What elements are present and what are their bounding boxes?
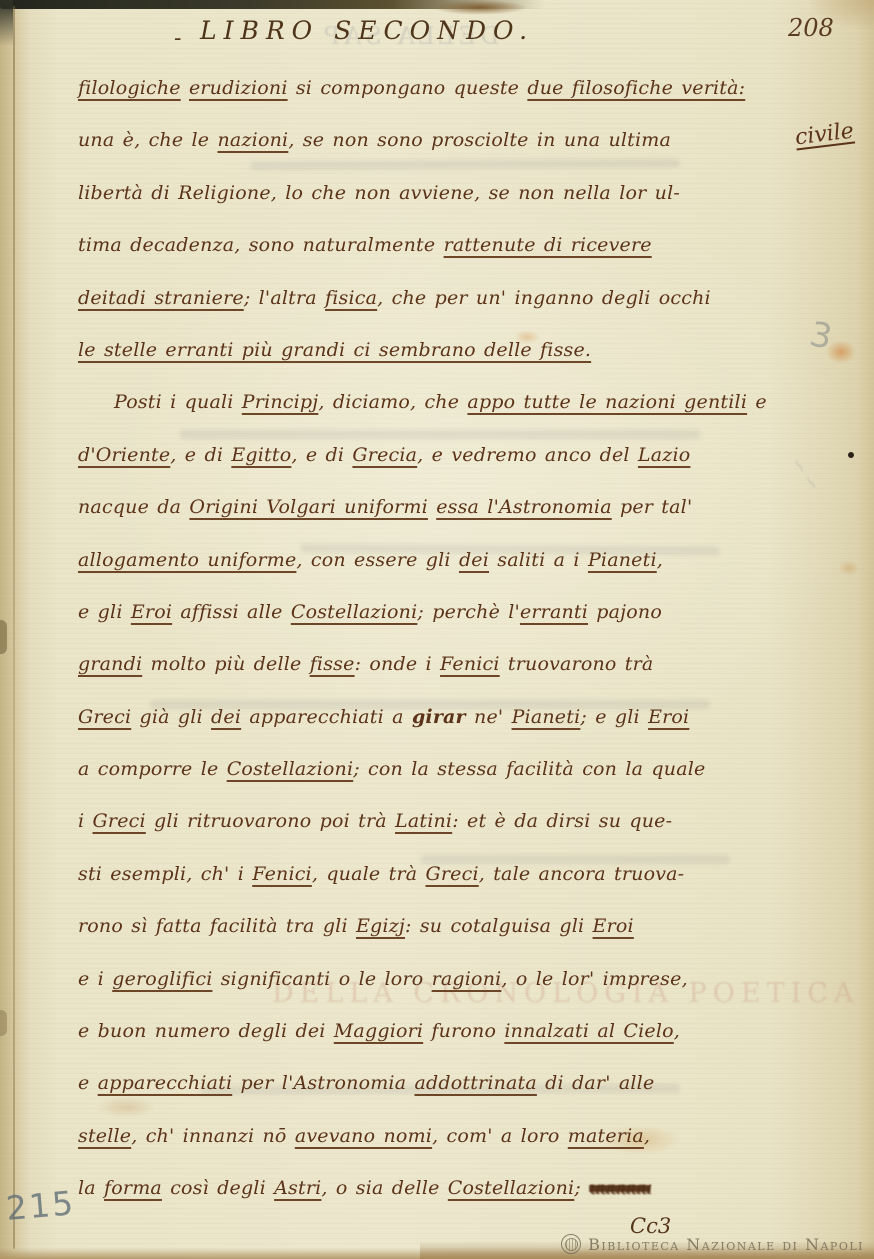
text-segment: Eroi <box>593 915 634 937</box>
text-segment: , se non sono prosciolte in una ultima <box>288 129 671 151</box>
text-segment: innalzati al Cielo <box>504 1020 673 1042</box>
text-segment: affissi alle <box>172 601 291 623</box>
manuscript-line: una è, che le nazioni, se non sono prosc… <box>78 114 778 166</box>
text-segment: per tal' <box>612 496 693 518</box>
text-segment: , e di <box>170 444 231 466</box>
text-segment: così degli <box>162 1177 274 1199</box>
manuscript-line: e i geroglifici significanti o le loro r… <box>78 953 778 1005</box>
text-segment: d'Oriente <box>78 444 170 466</box>
text-segment: Greci <box>78 706 131 728</box>
manuscript-line: allogamento uniforme, con essere gli dei… <box>78 534 778 586</box>
text-segment: appo tutte le nazioni gentili <box>467 391 747 413</box>
text-segment: essa l'Astronomia <box>436 496 612 518</box>
manuscript-line: la forma così degli Astri, o sia delle C… <box>78 1162 778 1214</box>
text-segment: sti esempli, ch' i <box>78 863 252 885</box>
text-segment: truovarono trà <box>500 653 654 675</box>
text-segment: Latini <box>395 810 452 832</box>
text-segment: materia <box>568 1125 644 1147</box>
text-segment: geroglifici <box>112 968 212 990</box>
text-segment: Fenici <box>252 863 312 885</box>
text-segment: ne' <box>466 706 512 728</box>
manuscript-line: filologiche erudizioni si compongano que… <box>78 62 778 114</box>
manuscript-line: tima decadenza, sono naturalmente ratten… <box>78 219 778 271</box>
text-segment: pajono <box>588 601 662 623</box>
text-segment: , che per un' inganno degli occhi <box>377 287 711 309</box>
text-segment: fisica <box>325 287 377 309</box>
text-segment: per l'Astronomia <box>232 1072 414 1094</box>
text-segment: : et è da dirsi su que- <box>452 810 672 832</box>
ink-dot <box>848 452 854 458</box>
text-segment: , e di <box>291 444 352 466</box>
text-segment: , <box>657 549 663 571</box>
text-segment: molto più delle <box>142 653 309 675</box>
text-segment: , <box>674 1020 680 1042</box>
text-segment: , com' a loro <box>432 1125 568 1147</box>
text-segment: apparecchiati <box>98 1072 233 1094</box>
text-segment: nacque da <box>78 496 189 518</box>
text-segment: , tale ancora truova- <box>479 863 685 885</box>
manuscript-line: libertà di Religione, lo che non avviene… <box>78 167 778 219</box>
manuscript-line: stelle, ch' innanzi nō avevano nomi, com… <box>78 1110 778 1162</box>
text-segment: e <box>747 391 767 413</box>
text-segment: Principj <box>242 391 319 413</box>
text-segment: Eroi <box>131 601 172 623</box>
text-segment: Fenici <box>440 653 500 675</box>
text-segment: dei <box>459 549 489 571</box>
text-segment: , <box>644 1125 650 1147</box>
text-segment: , e vedremo anco del <box>417 444 638 466</box>
text-segment: saliti a i <box>489 549 588 571</box>
text-segment: girar <box>412 706 466 728</box>
text-segment: uuuuuu <box>589 1177 650 1199</box>
manuscript-line: Greci già gli dei apparecchiati a girar … <box>78 691 778 743</box>
foliation-pencil-number: 215 <box>4 1183 76 1228</box>
text-segment: rono sì fatta facilità tra gli <box>78 915 356 937</box>
ink-blotch <box>432 0 528 15</box>
text-segment: si compongano queste <box>288 77 528 99</box>
text-segment: addottrinata <box>414 1072 536 1094</box>
header-dash: - <box>174 26 181 51</box>
text-segment: allogamento uniforme <box>78 549 296 571</box>
text-segment: ; con la stessa facilità con la quale <box>353 758 705 780</box>
text-segment: Pianeti <box>588 549 657 571</box>
text-segment: Origini Volgari uniformi <box>189 496 428 518</box>
text-segment: e <box>78 1072 98 1094</box>
manuscript-line: e buon numero degli dei Maggiori furono … <box>78 1005 778 1057</box>
manuscript-text: filologiche erudizioni si compongano que… <box>78 62 778 1215</box>
text-segment: apparecchiati a <box>241 706 412 728</box>
text-segment: Costellazioni <box>448 1177 575 1199</box>
bleedthrough-margin-text: ~~ <box>783 448 826 496</box>
text-segment: Lazio <box>638 444 690 466</box>
page-fold-line <box>13 6 15 1249</box>
text-segment: : onde i <box>355 653 440 675</box>
text-segment: Pianeti <box>512 706 581 728</box>
text-segment: , o sia delle <box>321 1177 447 1199</box>
text-segment: , ch' innanzi nō <box>131 1125 295 1147</box>
text-segment: deitadi straniere <box>78 287 244 309</box>
text-segment: e gli <box>78 601 131 623</box>
text-segment <box>428 496 436 518</box>
manuscript-line: Posti i quali Principj, diciamo, che app… <box>78 376 778 428</box>
manuscript-line: d'Oriente, e di Egitto, e di Grecia, e v… <box>78 429 778 481</box>
manuscript-line: e gli Eroi affissi alle Costellazioni; p… <box>78 586 778 638</box>
text-segment: significanti o le loro <box>212 968 431 990</box>
text-segment: forma <box>104 1177 162 1199</box>
text-segment: di dar' alle <box>537 1072 654 1094</box>
text-segment: tima decadenza, sono naturalmente <box>78 234 444 256</box>
text-segment: Grecia <box>352 444 417 466</box>
text-segment: una è, che le <box>78 129 218 151</box>
text-segment: le stelle erranti più grandi ci sembrano… <box>78 339 591 361</box>
text-segment: rattenute di ricevere <box>444 234 652 256</box>
text-segment: , quale trà <box>312 863 426 885</box>
manuscript-line: e apparecchiati per l'Astronomia addottr… <box>78 1057 778 1109</box>
manuscript-line: nacque da Origini Volgari uniformi essa … <box>78 481 778 533</box>
pencil-squiggle: 3 <box>806 314 835 358</box>
text-segment: furono <box>423 1020 504 1042</box>
text-segment: , con essere gli <box>296 549 459 571</box>
text-segment: Costellazioni <box>227 758 354 780</box>
text-segment: ; perchè l' <box>417 601 520 623</box>
library-watermark: Biblioteca Nazionale di Napoli <box>561 1234 864 1254</box>
manuscript-line: deitadi straniere; l'altra fisica, che p… <box>78 272 778 324</box>
text-segment: già gli <box>131 706 211 728</box>
text-segment: Eroi <box>648 706 689 728</box>
text-segment: , diciamo, che <box>318 391 467 413</box>
text-segment: Greci <box>426 863 479 885</box>
text-segment: libertà di Religione, lo che non avviene… <box>78 182 680 204</box>
text-segment: ; e gli <box>580 706 648 728</box>
text-segment <box>181 77 189 99</box>
text-segment: i <box>78 810 93 832</box>
text-segment: due filosofiche verità: <box>527 77 745 99</box>
text-segment: stelle <box>78 1125 131 1147</box>
text-segment: ; <box>574 1177 589 1199</box>
text-segment: erudizioni <box>189 77 288 99</box>
page-title: LIBRO SECONDO. <box>200 16 534 45</box>
library-stamp-icon <box>561 1234 581 1254</box>
text-segment: e buon numero degli dei <box>78 1020 334 1042</box>
margin-note: civile <box>794 119 855 151</box>
text-segment: gli ritruovarono poi trà <box>146 810 395 832</box>
text-segment: nazioni <box>218 129 289 151</box>
manuscript-page: DELLA SAP DELLA CRONOLOGIA POETICA ~~ - … <box>0 0 874 1259</box>
manuscript-line: sti esempli, ch' i Fenici, quale trà Gre… <box>78 848 778 900</box>
text-segment: filologiche <box>78 77 181 99</box>
binding-nub <box>0 620 7 654</box>
page-number: 208 <box>788 14 834 42</box>
text-segment: Egitto <box>231 444 291 466</box>
manuscript-line: a comporre le Costellazioni; con la stes… <box>78 743 778 795</box>
text-segment: grandi <box>78 653 142 675</box>
text-segment: Egizj <box>356 915 405 937</box>
text-segment: Astri <box>274 1177 321 1199</box>
manuscript-line: le stelle erranti più grandi ci sembrano… <box>78 324 778 376</box>
text-segment: Maggiori <box>334 1020 423 1042</box>
text-segment: a comporre le <box>78 758 227 780</box>
manuscript-line: grandi molto più delle fisse: onde i Fen… <box>78 638 778 690</box>
text-segment: ; l'altra <box>244 287 325 309</box>
text-segment: dei <box>211 706 241 728</box>
text-segment: avevano nomi <box>295 1125 432 1147</box>
binding-corner <box>0 0 13 46</box>
text-segment: , o le lor' imprese, <box>501 968 687 990</box>
foxing-spot <box>826 340 856 364</box>
text-segment: : su cotalguisa gli <box>405 915 593 937</box>
text-segment: Greci <box>93 810 146 832</box>
text-segment: e i <box>78 968 112 990</box>
binding-nub <box>0 1010 7 1036</box>
text-segment: Costellazioni <box>291 601 418 623</box>
text-segment: Posti i quali <box>114 391 242 413</box>
text-segment: erranti <box>520 601 588 623</box>
manuscript-line: i Greci gli ritruovarono poi trà Latini:… <box>78 795 778 847</box>
manuscript-line: rono sì fatta facilità tra gli Egizj: su… <box>78 900 778 952</box>
text-segment: la <box>78 1177 104 1199</box>
library-watermark-label: Biblioteca Nazionale di Napoli <box>588 1235 864 1254</box>
text-segment: ragioni <box>432 968 502 990</box>
text-segment: fisse <box>310 653 355 675</box>
foxing-spot <box>838 560 860 576</box>
